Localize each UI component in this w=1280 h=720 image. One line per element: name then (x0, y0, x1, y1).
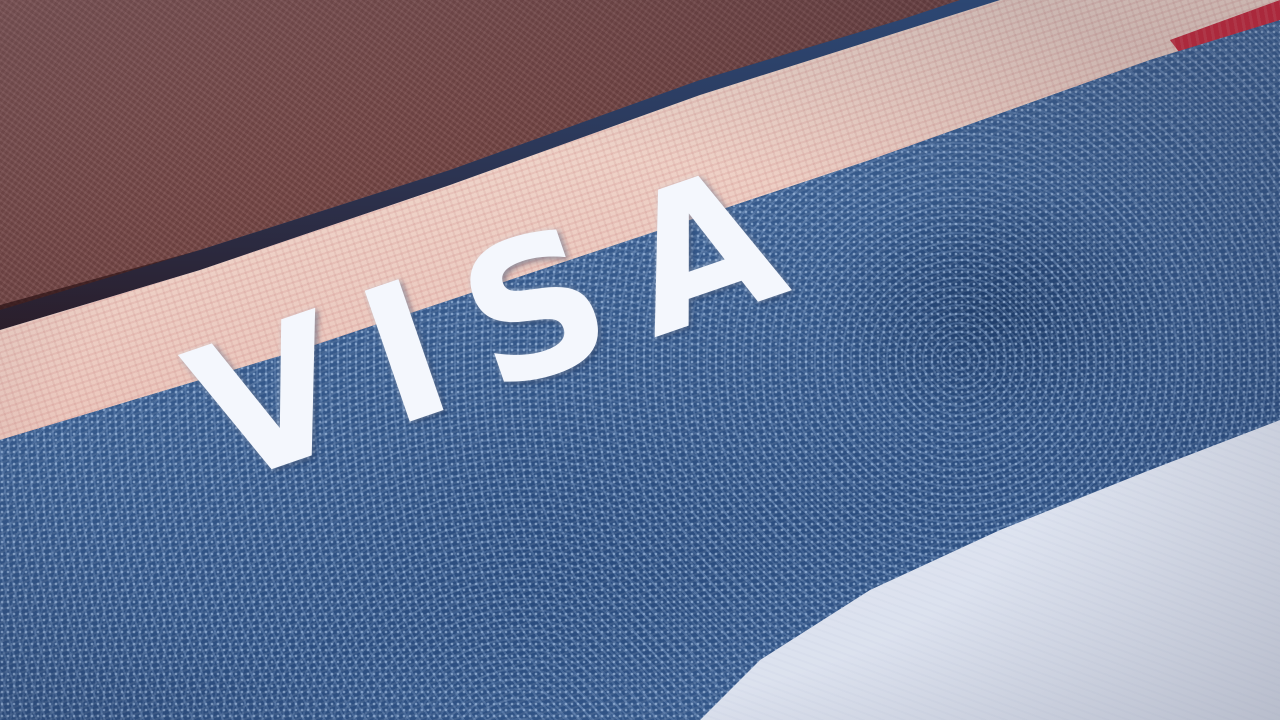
visa-photo: VISA (0, 0, 1280, 720)
vignette (0, 0, 1280, 720)
